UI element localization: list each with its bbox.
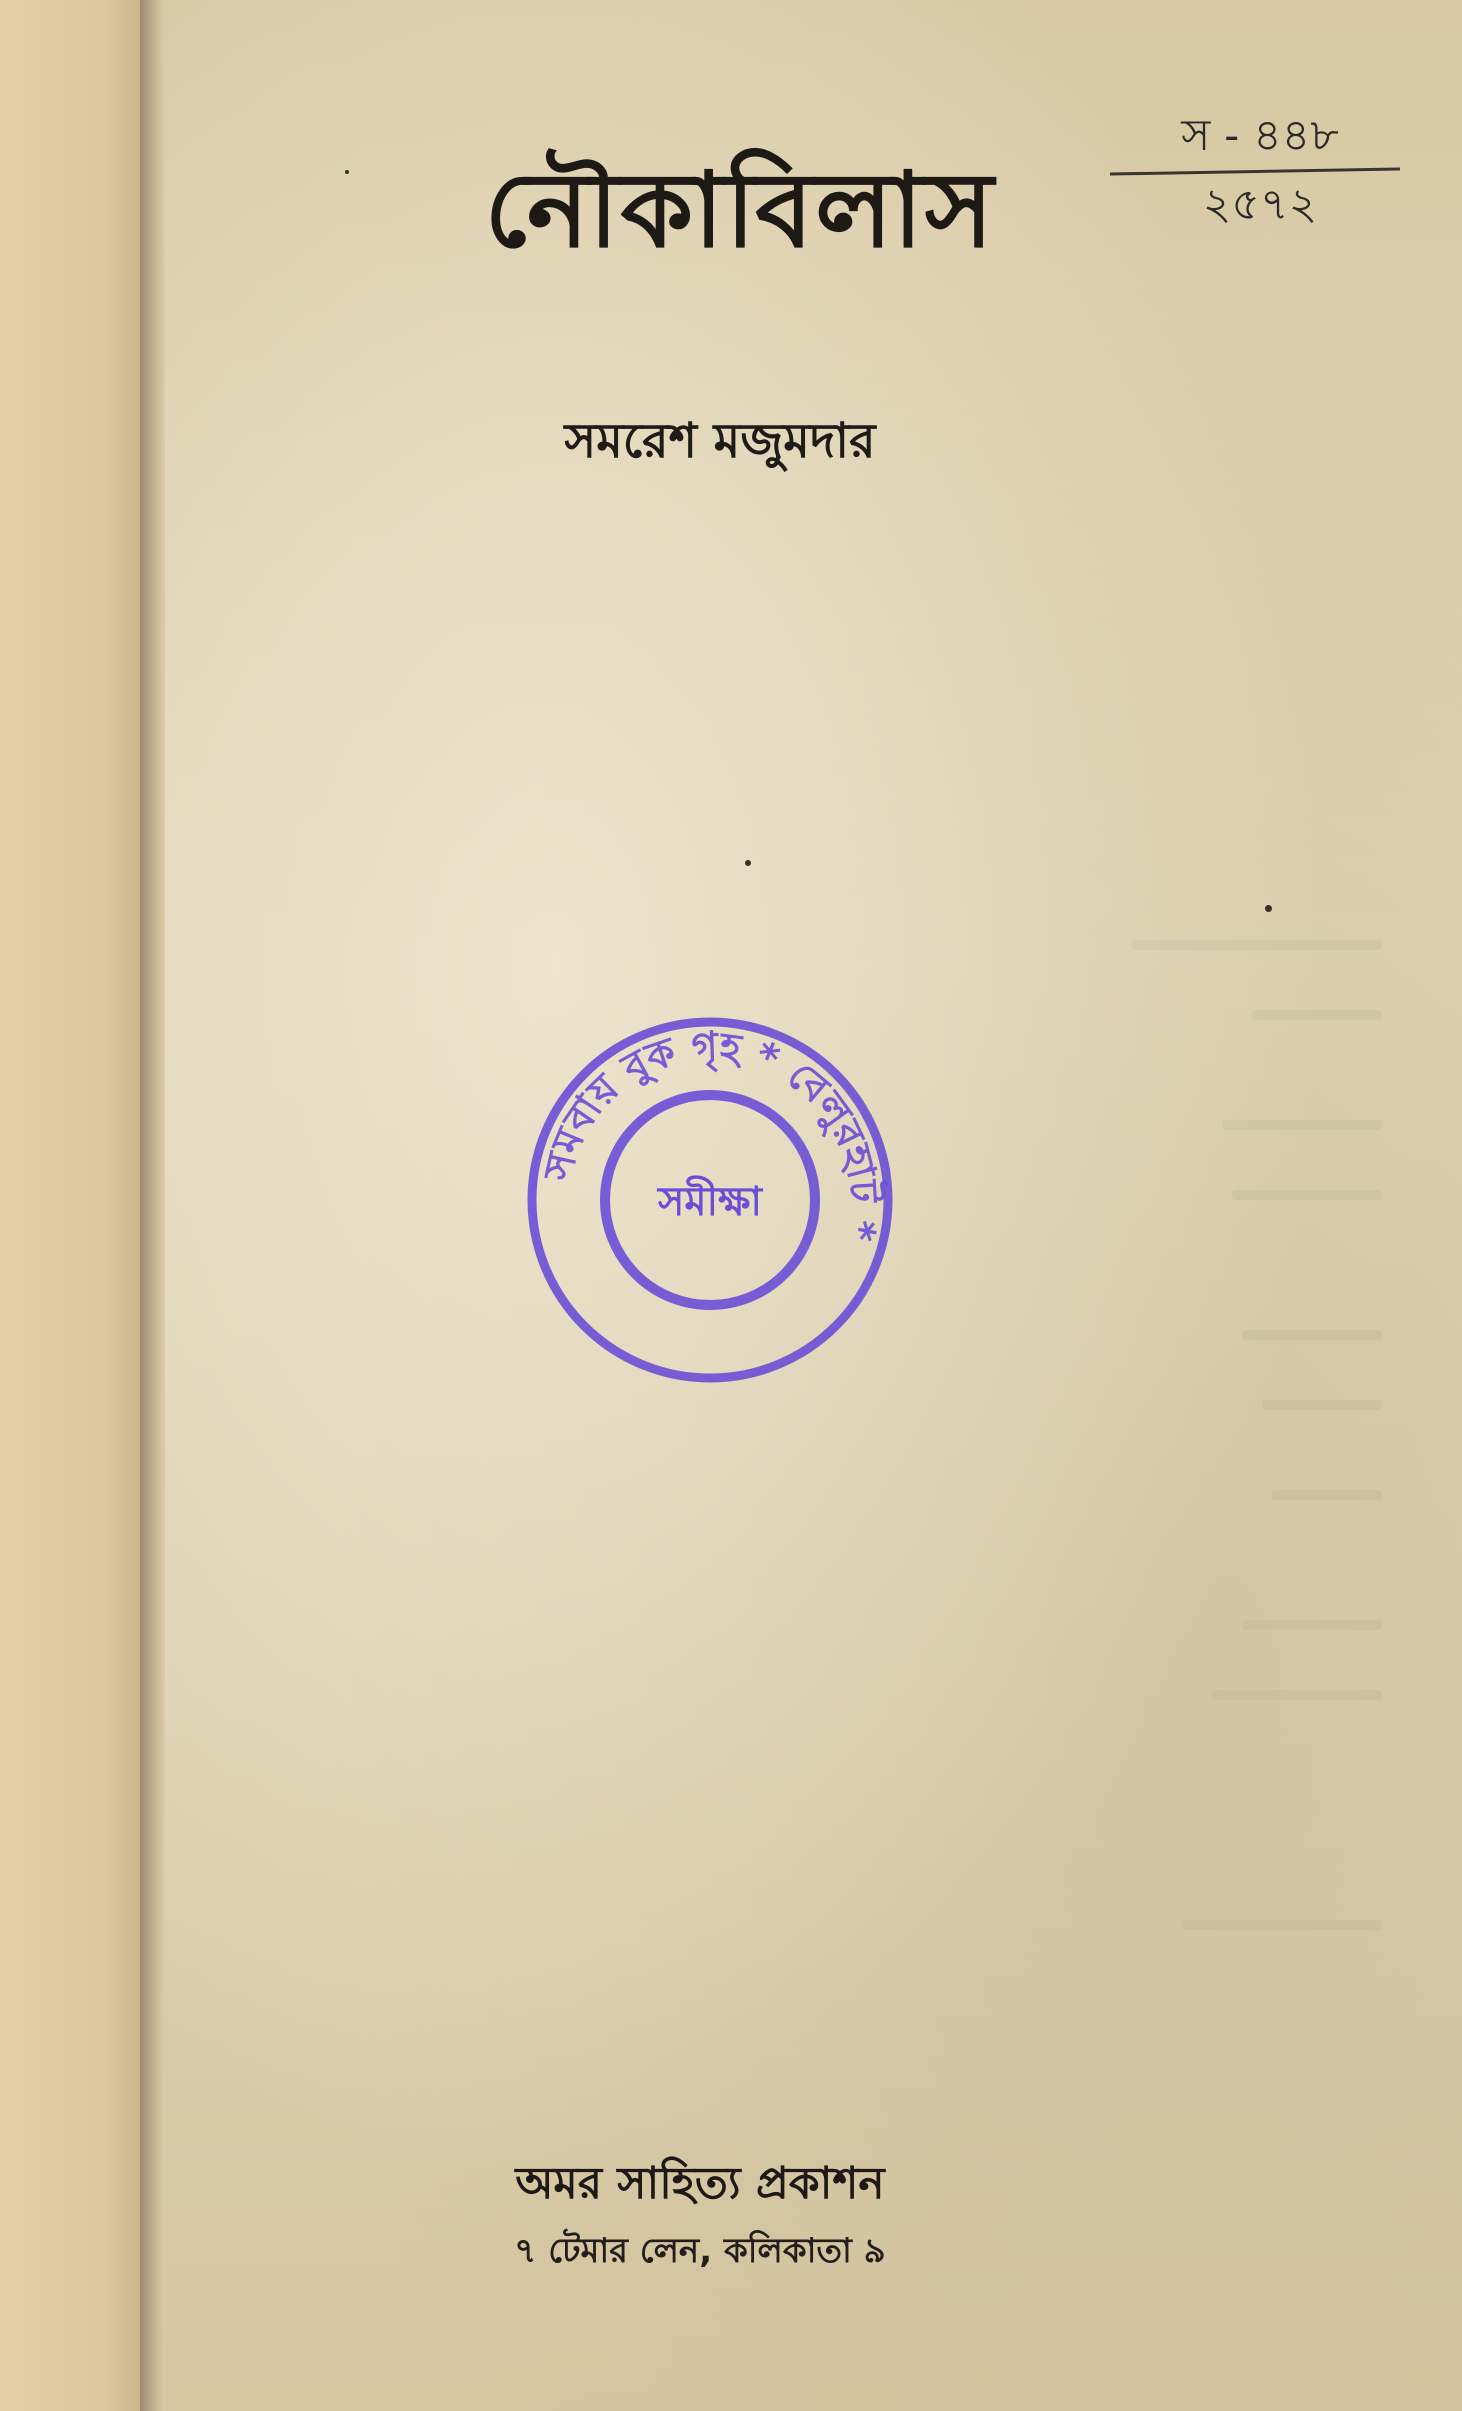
paper-speck [345,170,349,174]
bleed-through-line [1242,1330,1382,1340]
paper-speck [1265,905,1272,912]
book-author: সমরেশ মজুমদার [470,405,970,484]
shelfmark-bottom: ২৫৭২ [1140,177,1380,233]
bleed-through-line [1242,1620,1382,1630]
shelfmark-divider [1110,167,1400,175]
bleed-through-line [1232,1190,1382,1200]
bleed-through-line [1212,1690,1382,1700]
library-stamp: সমবায় বুক গৃহ * বেলুরহাট * সমীক্ষা [520,1010,900,1390]
publisher-address: ৭ টেমার লেন, কলিকাতা ৯ [410,2225,990,2282]
svg-text:সমীক্ষা: সমীক্ষা [656,1175,763,1225]
bleed-through-line [1132,940,1382,950]
bleed-through-line [1222,1120,1382,1130]
handwritten-shelfmark: স - ৪৪৮ ২৫৭২ [1140,108,1380,233]
bleed-through-line [1272,1490,1382,1500]
bleed-through-line [1262,1400,1382,1410]
paper-speck [745,860,751,866]
publisher-name: অমর সাহিত্য প্রকাশন [410,2150,990,2223]
facing-page [0,0,150,2411]
bleed-through-line [1182,1920,1382,1930]
stamp-seal-icon: সমবায় বুক গৃহ * বেলুরহাট * সমীক্ষা [520,1010,900,1390]
shelfmark-top: স - ৪৪৮ [1140,108,1380,164]
book-title: নৌকাবিলাস [480,130,1000,304]
bleed-through-line [1252,1010,1382,1020]
